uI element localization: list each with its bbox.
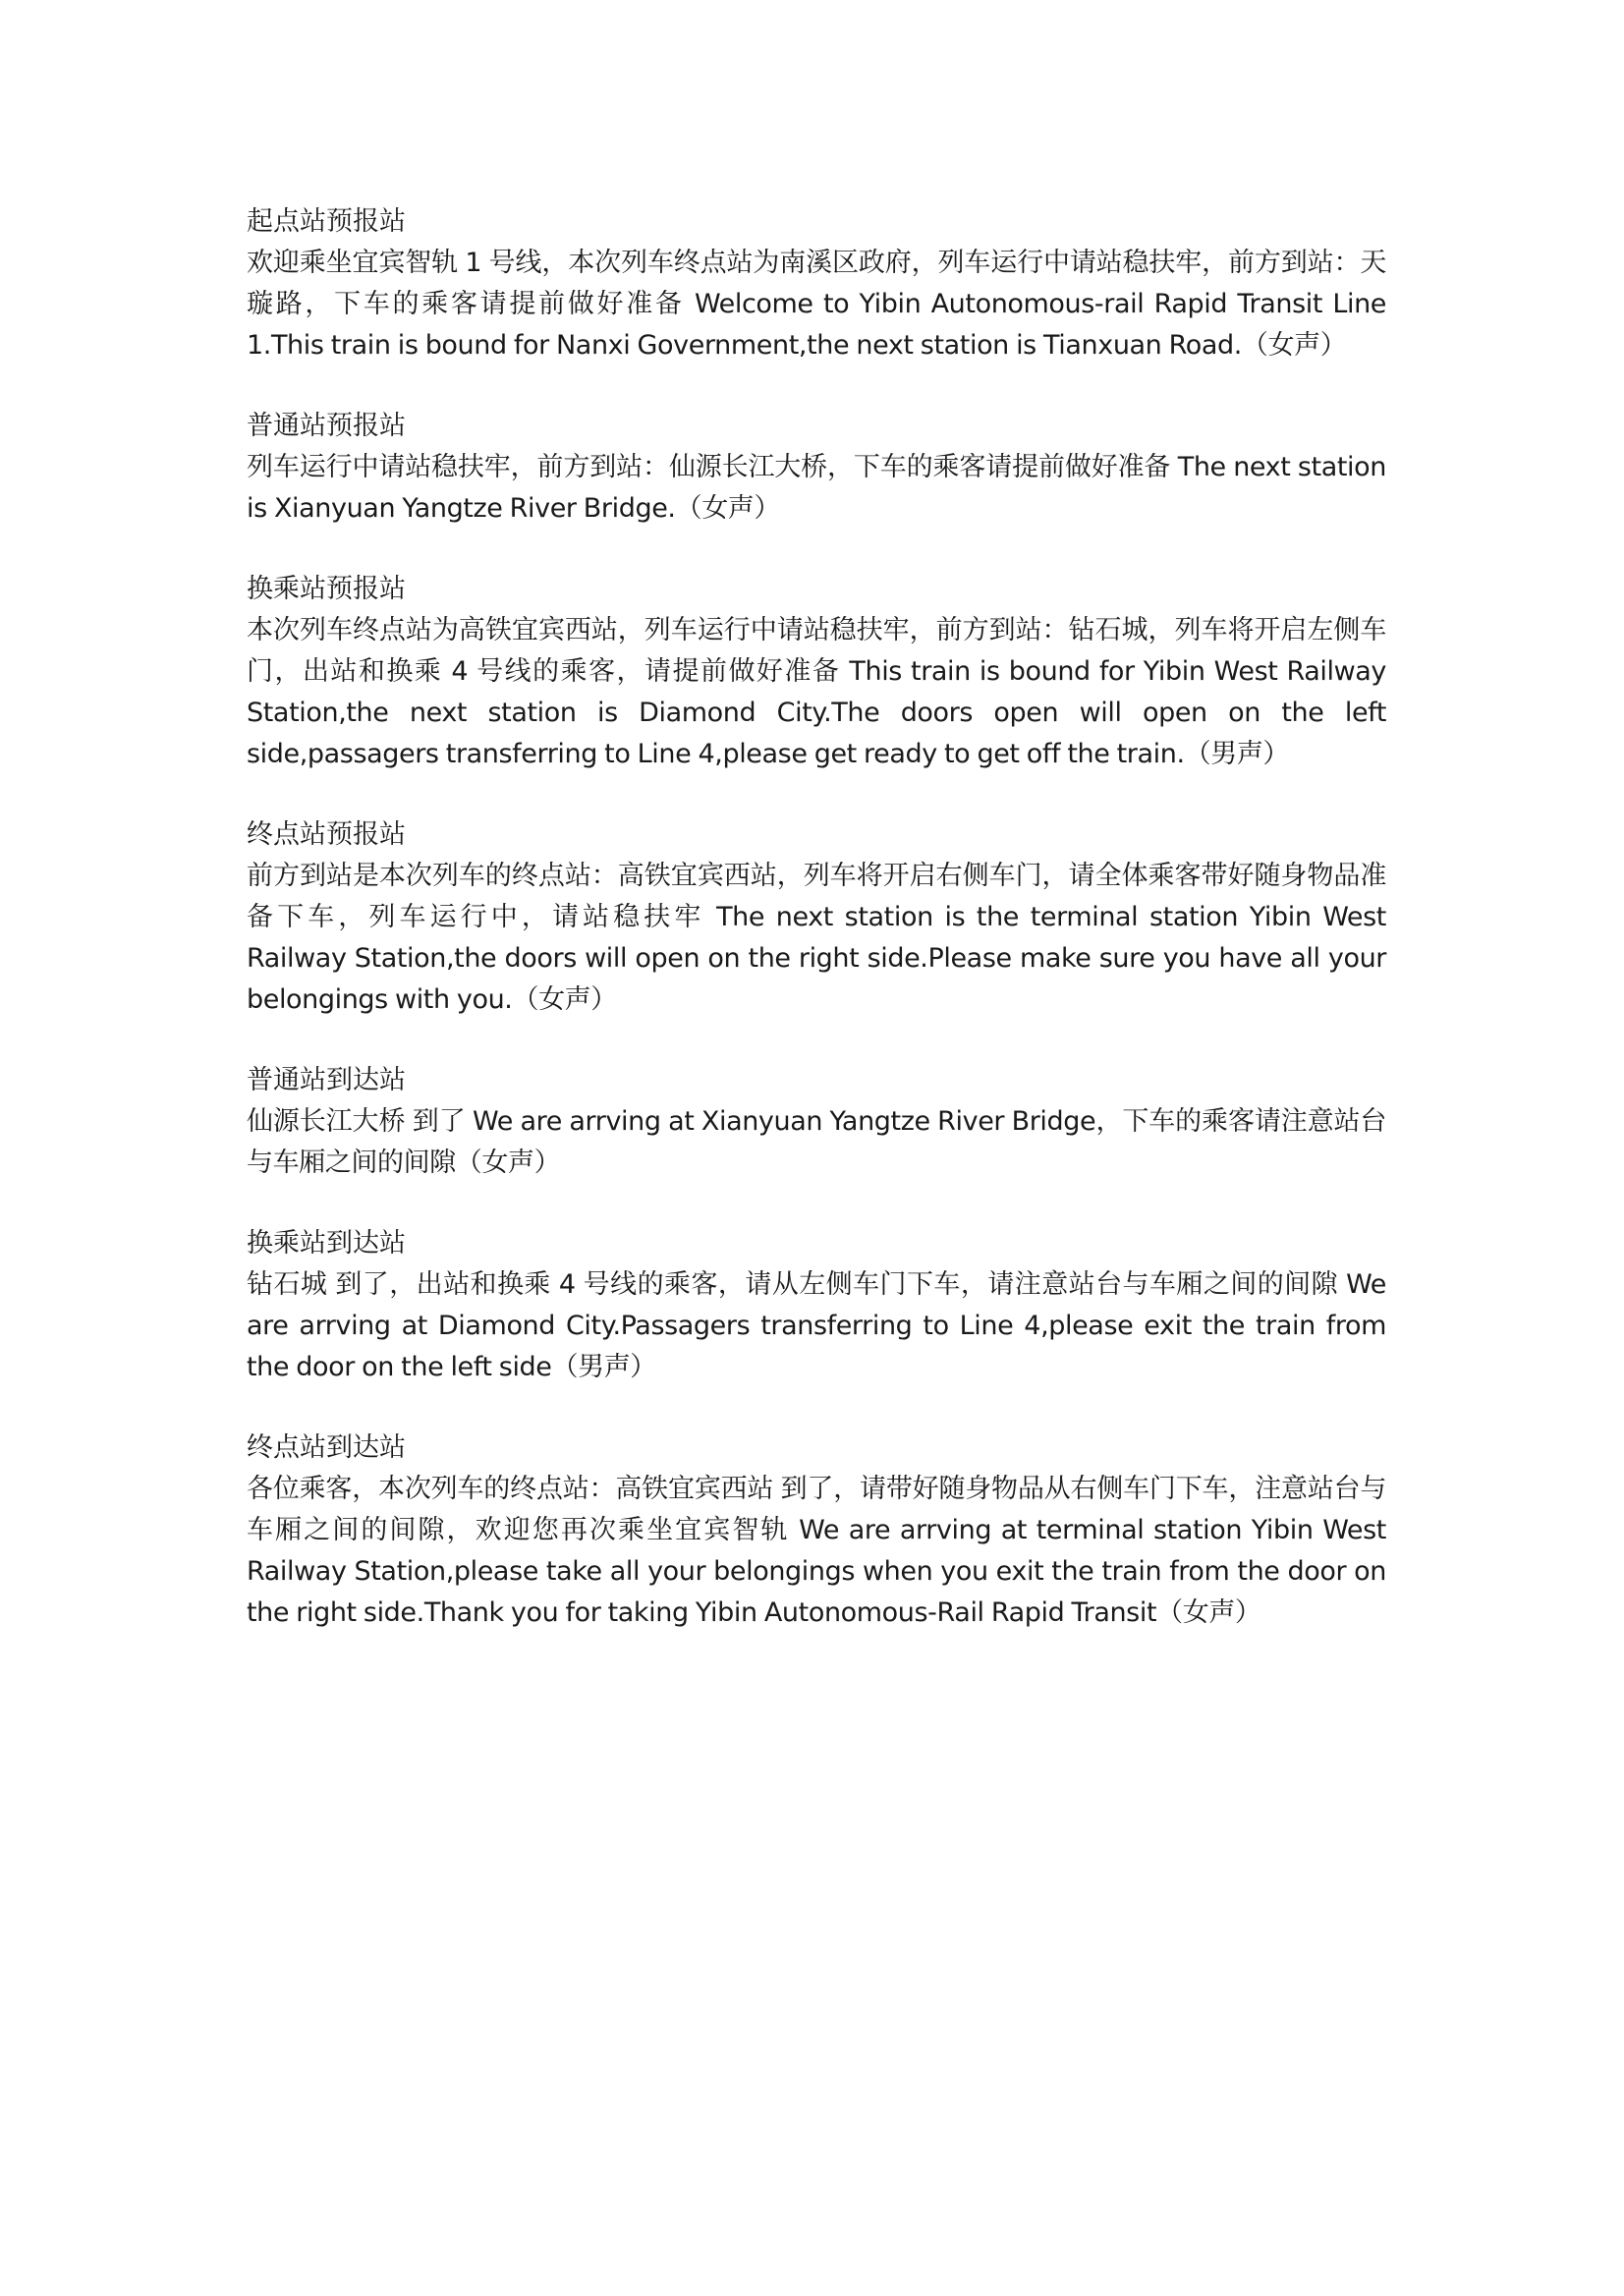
section-transfer-station-arrival: 换乘站到达站 钻石城 到了，出站和换乘 4 号线的乘客，请从左侧车门下车，请注意… — [247, 1223, 1386, 1388]
section-body: 仙源长江大桥 到了 We are arrving at Xianyuan Yan… — [247, 1101, 1386, 1184]
document-page: 起点站预报站 欢迎乘坐宜宾智轨 1 号线，本次列车终点站为南溪区政府，列车运行中… — [247, 201, 1386, 1673]
section-body: 前方到站是本次列车的终点站：高铁宜宾西站，列车将开启右侧车门，请全体乘客带好随身… — [247, 856, 1386, 1021]
section-terminal-station-preannounce: 终点站预报站 前方到站是本次列车的终点站：高铁宜宾西站，列车将开启右侧车门，请全… — [247, 814, 1386, 1021]
section-origin-station-preannounce: 起点站预报站 欢迎乘坐宜宾智轨 1 号线，本次列车终点站为南溪区政府，列车运行中… — [247, 201, 1386, 366]
section-heading: 换乘站预报站 — [247, 569, 1386, 610]
section-body: 欢迎乘坐宜宾智轨 1 号线，本次列车终点站为南溪区政府，列车运行中请站稳扶牢，前… — [247, 243, 1386, 366]
section-body: 各位乘客，本次列车的终点站：高铁宜宾西站 到了，请带好随身物品从右侧车门下车，注… — [247, 1469, 1386, 1634]
section-heading: 换乘站到达站 — [247, 1223, 1386, 1264]
section-heading: 起点站预报站 — [247, 201, 1386, 243]
section-transfer-station-preannounce: 换乘站预报站 本次列车终点站为高铁宜宾西站，列车运行中请站稳扶牢，前方到站：钻石… — [247, 569, 1386, 775]
section-heading: 普通站到达站 — [247, 1060, 1386, 1101]
section-terminal-station-arrival: 终点站到达站 各位乘客，本次列车的终点站：高铁宜宾西站 到了，请带好随身物品从右… — [247, 1428, 1386, 1634]
section-heading: 终点站预报站 — [247, 814, 1386, 856]
section-heading: 普通站预报站 — [247, 406, 1386, 447]
section-heading: 终点站到达站 — [247, 1428, 1386, 1469]
section-regular-station-preannounce: 普通站预报站 列车运行中请站稳扶牢，前方到站：仙源长江大桥，下车的乘客请提前做好… — [247, 406, 1386, 530]
section-regular-station-arrival: 普通站到达站 仙源长江大桥 到了 We are arrving at Xiany… — [247, 1060, 1386, 1184]
section-body: 钻石城 到了，出站和换乘 4 号线的乘客，请从左侧车门下车，请注意站台与车厢之间… — [247, 1264, 1386, 1388]
section-body: 列车运行中请站稳扶牢，前方到站：仙源长江大桥，下车的乘客请提前做好准备 The … — [247, 447, 1386, 530]
section-body: 本次列车终点站为高铁宜宾西站，列车运行中请站稳扶牢，前方到站：钻石城，列车将开启… — [247, 610, 1386, 775]
